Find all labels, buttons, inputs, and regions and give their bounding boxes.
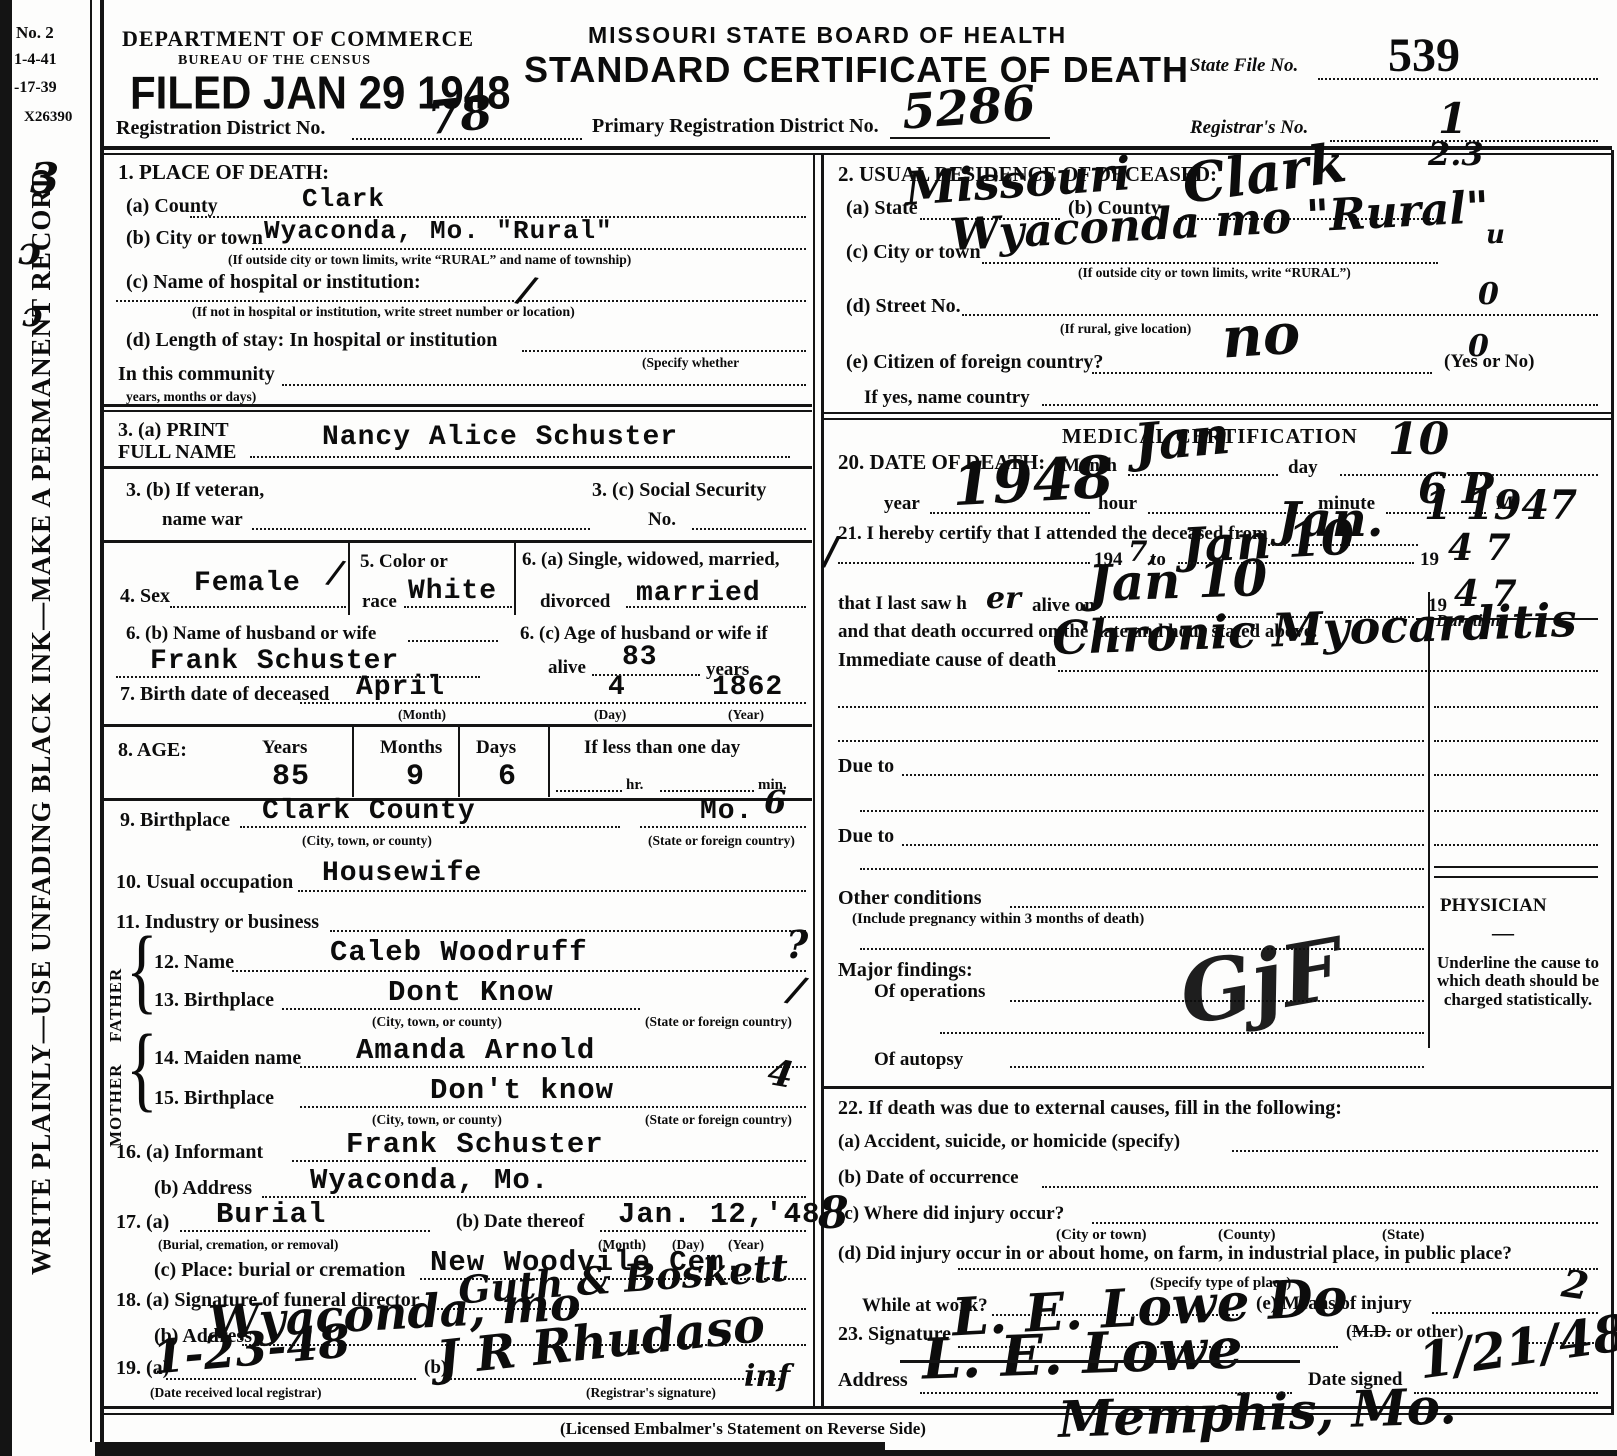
injury-where-label: (c) Where did injury occur? xyxy=(838,1204,1064,1223)
date-signed-label: Date signed xyxy=(1308,1370,1402,1389)
res-country-line xyxy=(1042,404,1598,406)
res-citizen-value: no xyxy=(1220,305,1302,366)
industry-line xyxy=(330,930,806,932)
reg-district-label: Registration District No. xyxy=(116,118,325,138)
mother-side-label: MOTHER xyxy=(106,1042,126,1147)
sex-mark: / xyxy=(327,555,344,589)
age-years-value: 85 xyxy=(272,762,310,792)
veteran-line xyxy=(252,528,590,530)
res-city-note: (If outside city or town limits, write “… xyxy=(1078,266,1351,280)
age-div-1 xyxy=(352,727,354,797)
sec3b-rule xyxy=(104,540,812,543)
lastsaw-her: er xyxy=(986,584,1021,614)
marital-line xyxy=(626,606,806,608)
race-value: White xyxy=(408,578,497,606)
age-years-label: Years xyxy=(262,738,307,757)
physician-addr-strike xyxy=(900,1360,1300,1363)
physician-title: PHYSICIAN xyxy=(1440,896,1547,915)
sec22-rule xyxy=(824,1086,1612,1089)
due-to-2-dur xyxy=(1434,844,1598,846)
res-corner-mark: 2.3 xyxy=(1428,138,1484,170)
birthdate-line xyxy=(300,702,806,704)
pod-city-value: Wyaconda, Mo. "Rural" xyxy=(264,218,613,244)
injury-where-line xyxy=(1092,1222,1598,1224)
age-hr-label: hr. xyxy=(626,778,643,793)
father-name-mark: ? xyxy=(786,926,808,964)
birthplace-note-2: (State or foreign country) xyxy=(648,834,795,848)
form-code-3: -17-39 xyxy=(14,80,57,96)
father-bp-note-2: (State or foreign country) xyxy=(645,1015,792,1029)
cause-label: Immediate cause of death xyxy=(838,650,1056,670)
physician-addr-label: Address xyxy=(838,1370,908,1390)
registrar-date-note: (Date received local registrar) xyxy=(150,1386,322,1400)
birthplace-note-1: (City, town, or county) xyxy=(302,834,432,848)
marital-value: married xyxy=(636,580,761,608)
father-bp-label: 13. Birthplace xyxy=(154,990,274,1010)
ssn-line xyxy=(692,528,806,530)
birthdate-year: 1862 xyxy=(712,674,783,702)
accident-line xyxy=(1232,1150,1598,1152)
other-conditions-note: (Include pregnancy within 3 months of de… xyxy=(852,912,1144,927)
physician-box-rule-2 xyxy=(1434,876,1598,878)
mother-maiden-line xyxy=(300,1066,806,1068)
dod-month-value: Jan xyxy=(1132,410,1232,470)
dod-year-label: year xyxy=(884,494,920,513)
occurrence-line xyxy=(1042,1186,1598,1188)
dod-year-value: 1948 xyxy=(951,448,1115,514)
state-file-label: State File No. xyxy=(1190,56,1298,75)
fullname-line xyxy=(250,456,790,458)
res-citizen-label: (e) Citizen of foreign country? xyxy=(846,352,1103,372)
res-stray-1: u xyxy=(1486,222,1505,248)
disposition-date-line xyxy=(600,1230,806,1232)
attended-y2-print: 19 xyxy=(1420,550,1439,569)
father-side-label: FATHER xyxy=(106,942,126,1042)
pod-hospital-label: (c) Name of hospital or institution: xyxy=(126,272,421,292)
lastsaw-line2a: that I last saw h xyxy=(838,594,967,613)
birthplace-value: Clark County xyxy=(262,798,476,826)
mother-bp-note-1: (City, town, or county) xyxy=(372,1113,502,1127)
spouse-age-value: 83 xyxy=(622,644,658,672)
birthdate-label: 7. Birth date of deceased xyxy=(120,684,329,704)
birthdate-day-note: (Day) xyxy=(594,708,626,722)
husband-label-line xyxy=(408,640,498,642)
ssn-label: 3. (c) Social Security xyxy=(592,480,766,500)
injury-home-label: (d) Did injury occur in or about home, o… xyxy=(838,1244,1512,1263)
registrar-no-label: Registrar's No. xyxy=(1190,118,1308,137)
age-days-value: 6 xyxy=(498,762,517,792)
attended-from-rest: 1 1947 xyxy=(1424,486,1577,526)
pod-hospital-mark: / xyxy=(516,271,536,309)
scan-edge-bottom2 xyxy=(885,1450,1617,1456)
scan-edge-left xyxy=(0,0,12,1456)
occurrence-label: (b) Date of occurrence xyxy=(838,1168,1019,1187)
margin-instruction: WRITE PLAINLY—USE UNFADING BLACK INK—MAK… xyxy=(26,185,57,1275)
occupation-value: Housewife xyxy=(322,860,482,888)
mother-bp-value: Don't know xyxy=(430,1076,614,1105)
place-of-death-title: 1. PLACE OF DEATH: xyxy=(118,162,329,183)
pod-stay-line xyxy=(522,350,806,352)
due-blank-1 xyxy=(860,810,1424,812)
major-findings-label: Major findings: xyxy=(838,960,973,980)
board-title: MISSOURI STATE BOARD OF HEALTH xyxy=(588,24,1067,47)
scan-edge-bottom xyxy=(95,1442,885,1456)
primary-reg-label: Primary Registration District No. xyxy=(592,116,879,136)
due-to-1-label: Due to xyxy=(838,756,894,776)
disposition-date-label: (b) Date thereof xyxy=(456,1212,584,1231)
res-street-note: (If rural, give location) xyxy=(1060,322,1191,336)
cause-blank-2d xyxy=(1434,740,1598,742)
fullname-label-1: 3. (a) PRINT xyxy=(118,420,229,440)
race-cell-divider xyxy=(514,543,516,615)
birthplace-mark: 6 xyxy=(764,786,786,818)
lastsaw-date-hw: Jan 10 xyxy=(1087,553,1268,609)
cause-blank-2 xyxy=(838,740,1424,742)
marital-label-1: 6. (a) Single, widowed, married, xyxy=(522,550,780,569)
form-code-4: X26390 xyxy=(24,110,72,125)
sec1-rule-b xyxy=(104,410,812,412)
registrar-no-value: 1 xyxy=(1438,98,1467,140)
age-min-line xyxy=(660,790,754,792)
pod-stay-note: (Specify whether xyxy=(642,356,739,370)
age-hr-line xyxy=(556,790,622,792)
father-name-value: Caleb Woodruff xyxy=(330,938,588,967)
physician-addr-line xyxy=(920,1392,1292,1394)
disposition-date-value: Jan. 12,'48 xyxy=(618,1200,820,1229)
physician-note: Underline the cause to which death shoul… xyxy=(1434,954,1602,1009)
disposition-line xyxy=(180,1230,430,1232)
birthdate-day: 4 xyxy=(608,674,626,702)
sex-value: Female xyxy=(194,570,301,598)
means-injury-mark: 2 xyxy=(1559,1264,1590,1305)
frame-vline-outer xyxy=(90,0,92,1442)
findings-scrawl: GjF xyxy=(1174,927,1348,1038)
sec1-rule-a xyxy=(104,404,812,407)
dod-day-value: 10 xyxy=(1388,418,1449,462)
sex-label: 4. Sex xyxy=(120,586,170,606)
dod-month-line xyxy=(1128,474,1278,476)
dod-day-label: day xyxy=(1288,458,1318,477)
burial-place-label: (c) Place: burial or cremation xyxy=(154,1260,405,1280)
mother-bp-label: 15. Birthplace xyxy=(154,1088,274,1108)
frame-vline-inner xyxy=(100,0,104,1442)
res-citizen-line xyxy=(1092,372,1432,374)
fullname-value: Nancy Alice Schuster xyxy=(322,424,678,452)
injury-county-note: (County) xyxy=(1218,1228,1276,1243)
father-name-line xyxy=(232,970,806,972)
informant-value: Frank Schuster xyxy=(346,1130,604,1159)
attended-y1-line xyxy=(838,562,1090,564)
due-to-1-line xyxy=(902,774,1424,776)
dod-year-line xyxy=(930,512,1090,514)
pod-city-note: (If outside city or town limits, write “… xyxy=(228,253,631,267)
date-signed-line xyxy=(1414,1392,1598,1394)
pod-stay-label: (d) Length of stay: In hospital or insti… xyxy=(126,330,497,350)
mother-bp-note-2: (State or foreign country) xyxy=(645,1113,792,1127)
birthplace-line-2 xyxy=(640,826,806,828)
age-div-3 xyxy=(548,727,550,797)
father-bp-mark: / xyxy=(786,971,807,1009)
injury-where-mark: 8 xyxy=(818,1192,849,1236)
race-line xyxy=(404,606,512,608)
age-months-label: Months xyxy=(380,738,442,757)
due-to-2-line xyxy=(902,844,1424,846)
due-blank-2 xyxy=(860,868,1424,870)
registrar-sig-line xyxy=(450,1378,780,1380)
pod-city-line xyxy=(252,248,806,250)
occupation-label: 10. Usual occupation xyxy=(116,872,293,892)
md-strike: M.D. xyxy=(1352,1321,1391,1341)
pod-community-label: In this community xyxy=(118,364,275,384)
pod-hospital-note: (If not in hospital or institution, writ… xyxy=(192,306,575,320)
father-name-label: 12. Name xyxy=(154,952,234,972)
accident-label: (a) Accident, suicide, or homicide (spec… xyxy=(838,1132,1180,1151)
informant-addr-value: Wyaconda, Mo. xyxy=(310,1166,549,1195)
duration-divider xyxy=(1428,592,1430,1048)
injury-state-note: (State) xyxy=(1382,1228,1424,1243)
reg-district-value: 78 xyxy=(426,89,494,141)
father-brace: { xyxy=(126,923,158,1019)
death-certificate-scan: No. 2 1-4-41 -17-39 X26390 3 ɔ ɔ WRITE P… xyxy=(0,0,1617,1456)
informant-label: 16. (a) Informant xyxy=(116,1142,263,1162)
physician-box-rule-1 xyxy=(1434,866,1598,868)
age-less-label: If less than one day xyxy=(584,738,740,757)
mother-brace: { xyxy=(126,1021,158,1117)
state-file-value: 539 xyxy=(1388,32,1460,80)
race-label-1: 5. Color or xyxy=(360,552,448,571)
age-label: 8. AGE: xyxy=(118,740,187,760)
res-stray-2: 0 xyxy=(1478,280,1499,310)
external-causes-title: 22. If death was due to external causes,… xyxy=(838,1098,1342,1118)
mother-maiden-label: 14. Maiden name xyxy=(154,1048,301,1068)
disposition-label: 17. (a) xyxy=(116,1212,169,1232)
cause-blank-1 xyxy=(838,706,1424,708)
birthplace-label: 9. Birthplace xyxy=(120,810,230,830)
due-blank-1d xyxy=(1434,810,1598,812)
disposition-value: Burial xyxy=(216,1200,326,1229)
res-citizen-note: (Yes or No) xyxy=(1444,352,1534,371)
informant-line xyxy=(292,1160,806,1162)
disposition-note: (Burial, cremation, or removal) xyxy=(158,1238,338,1252)
birthdate-month: April xyxy=(356,674,445,702)
mother-maiden-value: Amanda Arnold xyxy=(356,1036,595,1065)
father-bp-value: Dont Know xyxy=(388,978,554,1007)
form-code-1: No. 2 xyxy=(16,24,54,41)
dod-hour-label: hour xyxy=(1098,494,1137,513)
pod-community-note: years, months or days) xyxy=(126,390,256,404)
signed-city-value: Memphis, Mo. xyxy=(1057,1381,1457,1445)
autopsy-line xyxy=(1010,1066,1424,1068)
pod-community-line xyxy=(282,384,806,386)
occupation-line xyxy=(298,890,806,892)
registrar-sig-note: (Registrar's signature) xyxy=(586,1386,716,1400)
other-conditions-line xyxy=(1010,906,1424,908)
res-country-label: If yes, name country xyxy=(864,388,1030,407)
race-label-2: race xyxy=(362,592,397,611)
frame-vline-right xyxy=(1611,150,1614,1415)
res-city-line xyxy=(982,262,1438,264)
sec3a-rule xyxy=(104,466,812,469)
primary-reg-value: 5286 xyxy=(900,79,1037,136)
age-days-label: Days xyxy=(476,738,516,757)
birthplace-line-1 xyxy=(240,826,620,828)
registrar-extra-mark: inf xyxy=(744,1362,790,1392)
mother-bp-line xyxy=(300,1106,806,1108)
sex-cell-divider xyxy=(348,543,350,615)
cause-blank-1d xyxy=(1434,706,1598,708)
fullname-label-2: FULL NAME xyxy=(118,442,236,462)
birthdate-month-note: (Month) xyxy=(398,708,446,722)
header-rule-1 xyxy=(104,146,1612,150)
injury-city-note: (City or town) xyxy=(1056,1228,1147,1243)
mother-bp-mark: 4 xyxy=(765,1054,796,1094)
husband-label: 6. (b) Name of husband or wife xyxy=(126,624,376,643)
birthdate-year-note: (Year) xyxy=(728,708,764,722)
pod-hospital-line xyxy=(116,300,806,302)
informant-addr-label: (b) Address xyxy=(154,1178,252,1198)
attended-slash: / xyxy=(824,532,838,570)
pod-county-value: Clark xyxy=(302,186,385,212)
age-div-2 xyxy=(458,727,460,797)
other-blank-line xyxy=(860,948,1424,950)
father-bp-note-1: (City, town, or county) xyxy=(372,1015,502,1029)
due-to-1-dur xyxy=(1434,774,1598,776)
form-code-2: 1-4-41 xyxy=(14,52,57,68)
attended-y2-hw: 4 7 xyxy=(1448,530,1511,566)
operations-label: Of operations xyxy=(874,982,985,1001)
physician-dash: — xyxy=(1492,922,1514,944)
embalmer-note: (Licensed Embalmer's Statement on Revers… xyxy=(560,1420,926,1437)
spouse-age-label-1: 6. (c) Age of husband or wife if xyxy=(520,624,768,643)
res-street-label: (d) Street No. xyxy=(846,296,961,316)
spouse-age-alive-label: alive xyxy=(548,658,586,677)
birthplace-state: Mo. xyxy=(700,798,753,826)
father-bp-line xyxy=(282,1008,640,1010)
header-rule-2 xyxy=(104,153,1612,155)
pod-county-label: (a) County xyxy=(126,196,218,216)
veteran-label: 3. (b) If veteran, xyxy=(126,480,264,500)
other-conditions-label: Other conditions xyxy=(838,888,982,908)
dept-of-commerce: DEPARTMENT OF COMMERCE xyxy=(122,28,474,50)
due-to-2-label: Due to xyxy=(838,826,894,846)
physician-addr-value: L. E. Lowe xyxy=(921,1320,1243,1387)
pod-city-label: (b) City or town xyxy=(126,228,263,248)
veteran-namewar-label: name war xyxy=(162,510,243,529)
age-months-value: 9 xyxy=(406,762,425,792)
registrar-date-line xyxy=(166,1378,416,1380)
certificate-title: STANDARD CERTIFICATE OF DEATH xyxy=(524,52,1189,88)
ssn-no-label: No. xyxy=(648,510,676,529)
operations-blank-line xyxy=(940,1032,1424,1034)
cause-line xyxy=(1058,670,1598,672)
date-signed-value: 1/21/48 xyxy=(1416,1308,1617,1387)
marital-label-2: divorced xyxy=(540,592,610,611)
autopsy-label: Of autopsy xyxy=(874,1050,963,1069)
sex-line xyxy=(170,606,346,608)
